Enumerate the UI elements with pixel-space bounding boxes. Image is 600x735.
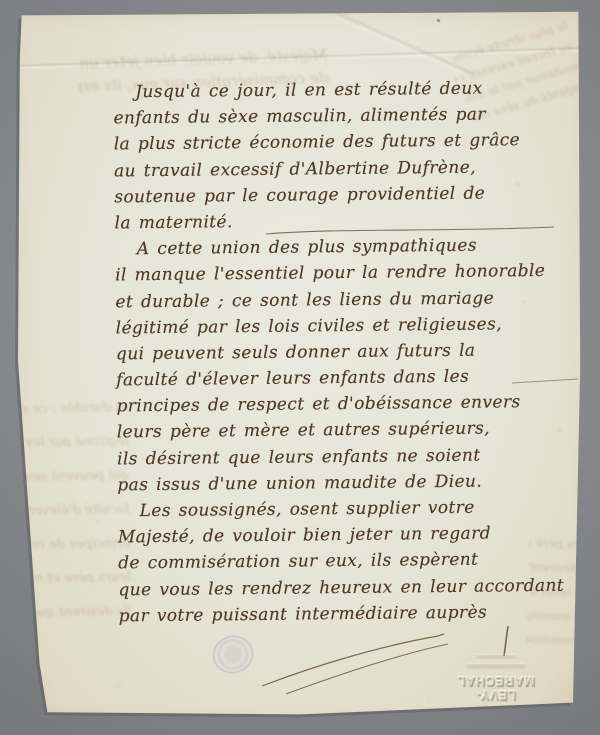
blind-stamp-text: LEVY-MARECHAL <box>438 674 554 702</box>
manuscript-text: Jusqu'à ce jour, il en est résulté deux … <box>113 78 581 633</box>
bleedthrough-line: ils désirent que leurs enfants ne soient <box>5 595 132 631</box>
bleedthrough-line: la plus stricte économie des futurs et g… <box>451 16 570 69</box>
bleedthrough-line: leurs père et mère et autres supérieurs, <box>5 561 132 597</box>
foxing-spots <box>0 0 3 3</box>
bleedthrough-line: Majesté, de vouloir bien jeter un regard <box>77 44 328 76</box>
blind-stamp: LEVY-MARECHAL <box>438 628 554 702</box>
fold-crease <box>15 31 582 83</box>
blind-stamp-small-text <box>476 655 516 659</box>
bleedthrough-line: qui peuvent seuls donner aux futurs la <box>3 459 130 495</box>
signature-flourish <box>286 644 448 694</box>
bleedthrough-line: principes de respect et d'obéissance env… <box>4 527 131 563</box>
blind-stamp-small-text <box>467 664 525 669</box>
bleedthrough-line: faculté d'élever leurs enfants dans les <box>4 493 131 529</box>
photo-background: Majesté, de vouloir bien jeter un regard… <box>0 0 600 735</box>
manuscript-page: Majesté, de vouloir bien jeter un regard… <box>0 0 600 735</box>
signature-flourish <box>262 634 444 686</box>
round-ink-stamp <box>209 631 258 678</box>
